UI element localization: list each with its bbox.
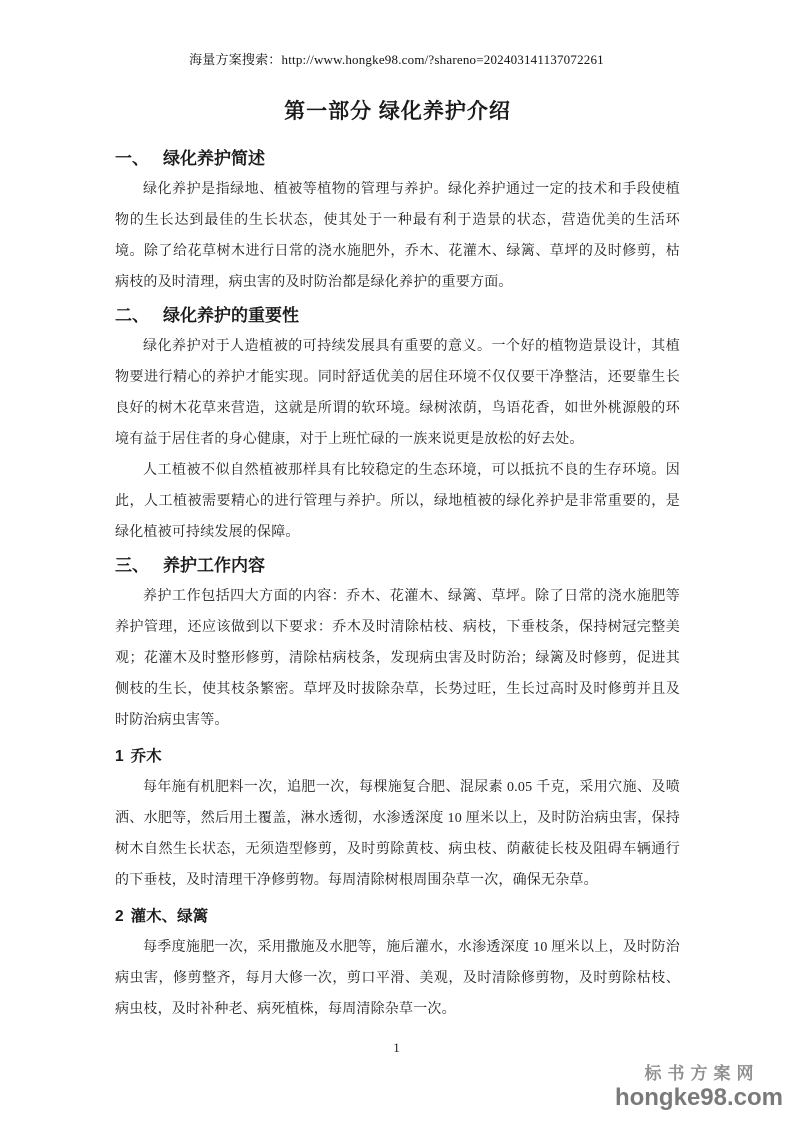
section-number: 三、 xyxy=(115,556,149,575)
paragraph: 每年施有机肥料一次，追肥一次，每棵施复合肥、混尿素 0.05 千克，采用穴施、及… xyxy=(115,772,680,896)
section-number: 二、 xyxy=(115,306,149,325)
watermark-site-name: 标书方案网 xyxy=(638,1063,759,1085)
subsection-shrubs-hedges: 2灌木、绿篱 每季度施肥一次，采用撒施及水肥等，施后灌水，水渗透深度 10 厘米… xyxy=(115,901,680,1025)
section-heading: 一、绿化养护简述 xyxy=(115,143,680,174)
document-page: 海量方案搜索：http://www.hongke98.com/?shareno=… xyxy=(0,0,793,1122)
subsection-trees: 1乔木 每年施有机肥料一次，追肥一次，每棵施复合肥、混尿素 0.05 千克，采用… xyxy=(115,741,680,896)
paragraph: 人工植被不似自然植被那样具有比较稳定的生态环境，可以抵抗不良的生存环境。因此，人… xyxy=(115,455,680,548)
section-importance: 二、绿化养护的重要性 绿化养护对于人造植被的可持续发展具有重要的意义。一个好的植… xyxy=(115,300,680,548)
subsection-heading: 1乔木 xyxy=(115,741,680,772)
document-content: 第一部分 绿化养护介绍 一、绿化养护简述 绿化养护是指绿地、植被等植物的管理与养… xyxy=(115,97,680,1025)
section-work-content: 三、养护工作内容 养护工作包括四大方面的内容：乔木、花灌木、绿篱、草坪。除了日常… xyxy=(115,550,680,736)
paragraph: 每季度施肥一次，采用撒施及水肥等，施后灌水，水渗透深度 10 厘米以上，及时防治… xyxy=(115,932,680,1025)
site-watermark: 标书方案网 hongke98.com xyxy=(615,1063,783,1111)
section-overview: 一、绿化养护简述 绿化养护是指绿地、植被等植物的管理与养护。绿化养护通过一定的技… xyxy=(115,143,680,298)
header-share-link[interactable]: 海量方案搜索：http://www.hongke98.com/?shareno=… xyxy=(0,52,793,68)
paragraph: 绿化养护是指绿地、植被等植物的管理与养护。绿化养护通过一定的技术和手段使植物的生… xyxy=(115,174,680,298)
page-number: 1 xyxy=(0,1040,793,1056)
subsection-heading: 2灌木、绿篱 xyxy=(115,901,680,932)
document-title: 第一部分 绿化养护介绍 xyxy=(115,97,680,127)
paragraph: 绿化养护对于人造植被的可持续发展具有重要的意义。一个好的植物造景设计，其植物要进… xyxy=(115,331,680,455)
subsection-title: 灌木、绿篱 xyxy=(131,908,209,925)
section-heading: 三、养护工作内容 xyxy=(115,550,680,581)
subsection-title: 乔木 xyxy=(131,748,162,765)
subsection-number: 2 xyxy=(115,908,124,925)
watermark-domain: hongke98.com xyxy=(615,1085,783,1111)
section-title: 绿化养护简述 xyxy=(163,149,265,168)
section-heading: 二、绿化养护的重要性 xyxy=(115,300,680,331)
subsection-number: 1 xyxy=(115,748,124,765)
section-title: 绿化养护的重要性 xyxy=(163,306,299,325)
section-title: 养护工作内容 xyxy=(163,556,265,575)
paragraph: 养护工作包括四大方面的内容：乔木、花灌木、绿篱、草坪。除了日常的浇水施肥等养护管… xyxy=(115,581,680,736)
section-number: 一、 xyxy=(115,149,149,168)
